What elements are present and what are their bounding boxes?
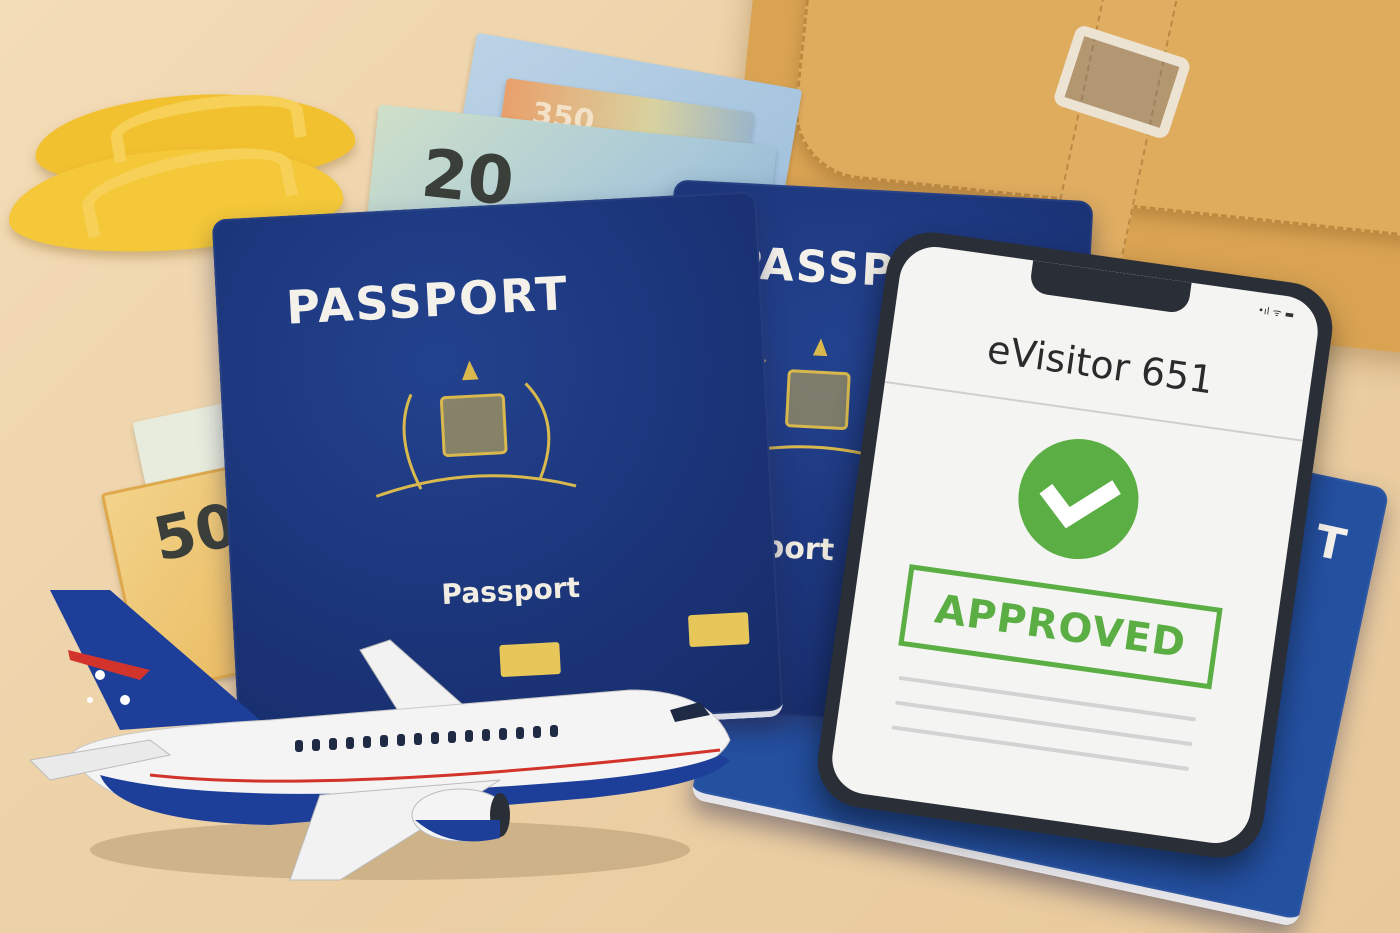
- phone-screen: •ıl ᯤ ▬ eVisitor 651 APPROVED: [828, 242, 1323, 847]
- smartphone: •ıl ᯤ ▬ eVisitor 651 APPROVED: [812, 227, 1338, 864]
- model-airplane: [30, 580, 750, 900]
- check-circle-icon: [1011, 431, 1147, 567]
- text-line: [899, 676, 1197, 722]
- text-line: [895, 701, 1193, 747]
- coat-of-arms-icon: [349, 350, 598, 532]
- visa-title: eVisitor 651: [888, 314, 1312, 416]
- approved-stamp: APPROVED: [898, 564, 1222, 689]
- phone-notch: [1029, 260, 1192, 314]
- text-line: [892, 725, 1190, 771]
- status-bar: •ıl ᯤ ▬: [1257, 302, 1295, 321]
